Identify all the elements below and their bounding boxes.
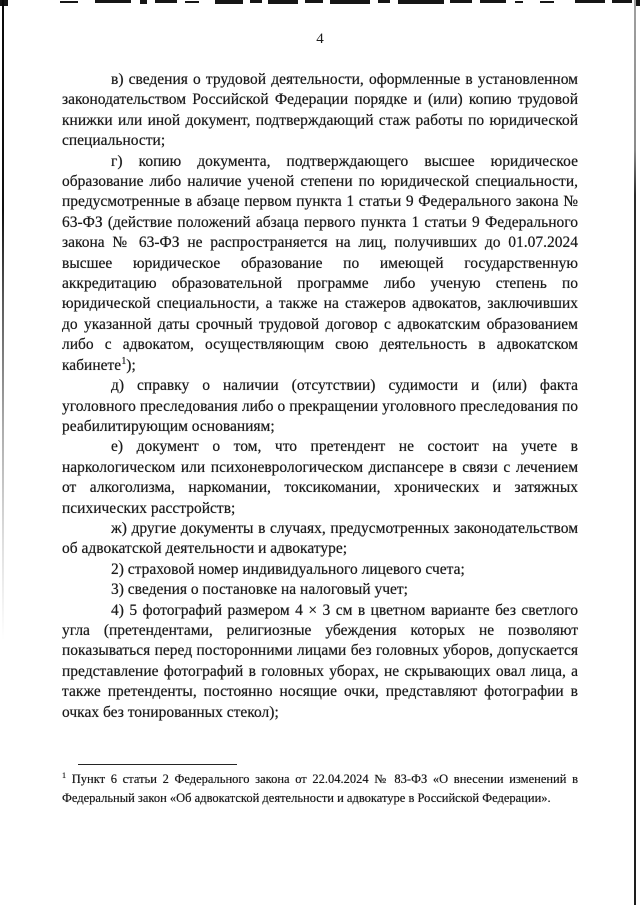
list-item-2: 2) страховой номер индивидуального лицев… [62, 560, 578, 580]
paragraph-text: г) копию документа, подтверждающего высш… [62, 153, 578, 374]
paragraph-d: д) справку о наличии (отсутствии) судимо… [62, 376, 578, 437]
paragraph-text: 2) страховой номер индивидуального лицев… [111, 561, 465, 578]
paragraph-text: д) справку о наличии (отсутствии) судимо… [62, 377, 578, 435]
paragraph-text: е) документ о том, что претендент не сос… [62, 438, 578, 516]
footnote-area: 1 Пункт 6 статьи 2 Федерального закона о… [62, 764, 578, 808]
paragraph-text: 3) сведения о постановке на налоговый уч… [111, 581, 408, 598]
list-item-3: 3) сведения о постановке на налоговый уч… [62, 580, 578, 600]
paragraph-v: в) сведения о трудовой деятельности, офо… [62, 70, 578, 152]
scan-edge-left-artifact [2, 0, 4, 640]
paragraph-zh: ж) другие документы в случаях, предусмот… [62, 519, 578, 560]
paragraph-text: ); [126, 357, 135, 374]
footnote-text: Пункт 6 статьи 2 Федерального закона от … [62, 772, 578, 805]
scan-edge-right-artifact [634, 0, 636, 905]
paragraph-g: г) копию документа, подтверждающего высш… [62, 152, 578, 376]
paragraph-text: в) сведения о трудовой деятельности, офо… [62, 71, 578, 149]
footnote-marker: 1 [62, 771, 66, 780]
list-item-4: 4) 5 фотографий размером 4 × 3 см в цвет… [62, 601, 578, 723]
scan-edge-top-artifact [0, 0, 640, 8]
document-page: 4 в) сведения о трудовой деятельности, о… [0, 0, 640, 905]
paragraph-e: е) документ о том, что претендент не сос… [62, 437, 578, 519]
footnote-separator-rule [78, 764, 237, 765]
document-body: в) сведения о трудовой деятельности, офо… [62, 70, 578, 723]
paragraph-text: 4) 5 фотографий размером 4 × 3 см в цвет… [62, 602, 578, 721]
footnote: 1 Пункт 6 статьи 2 Федерального закона о… [62, 770, 578, 808]
paragraph-text: ж) другие документы в случаях, предусмот… [62, 520, 578, 557]
